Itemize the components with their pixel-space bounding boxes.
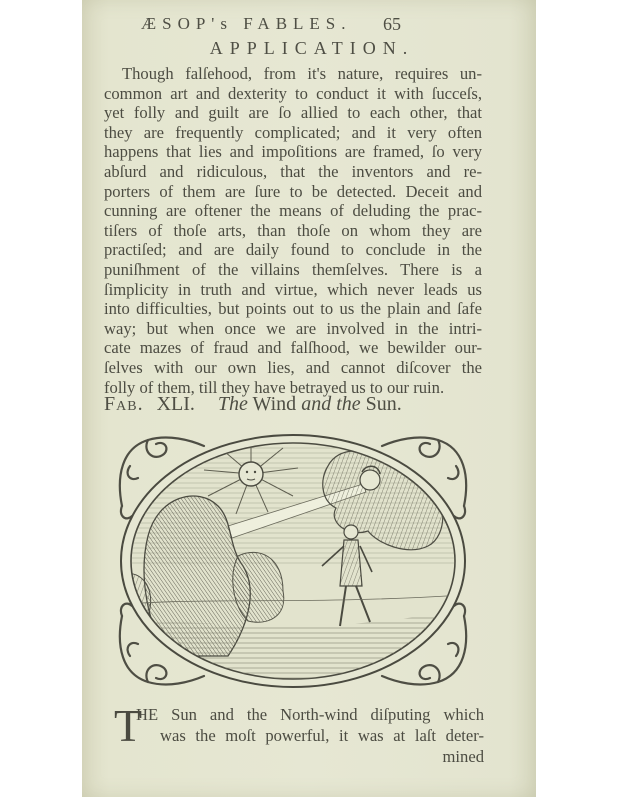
text-line: into difficulties, but points out to us … — [104, 299, 482, 319]
fable-title-sun: Sun. — [366, 393, 402, 415]
application-heading: APPLICATION. — [82, 38, 536, 59]
text-line: HE Sun and the North-wind diſputing whic… — [136, 704, 484, 725]
text-line: cunning are oftener the means of deludin… — [104, 201, 482, 221]
text-line: abſurd and ridiculous, that the inventor… — [104, 162, 482, 182]
book-page: ÆSOP's FABLES. 65 APPLICATION. Though fa… — [82, 0, 536, 797]
text-line: ſelves with our own lies, and cannot diſ… — [104, 358, 482, 378]
text-line: they are frequently complicated; and it … — [104, 123, 482, 143]
running-title: ÆSOP's FABLES. — [141, 14, 352, 34]
text-line: yet folly and guilt are ſo allied to eac… — [104, 103, 482, 123]
text-line: puniſhment of the villains themſelves. T… — [104, 260, 482, 280]
text-line: mined — [114, 746, 484, 767]
fable-title-and-the: and the — [301, 393, 360, 415]
text-line: porters of them are ſure to be detected.… — [104, 182, 482, 202]
text-line: cate mazes of fraud and falſhood, we bew… — [104, 338, 482, 358]
fable-title-wind: Wind — [253, 393, 297, 415]
fable-story: T HE Sun and the North-wind diſputing wh… — [114, 704, 484, 767]
text-line: happens that lies and impoſitions are fr… — [104, 142, 482, 162]
text-line: Though falſehood, from it's nature, requ… — [104, 64, 482, 84]
text-line: way; but when once we are involved in th… — [104, 319, 482, 339]
fable-heading: Fab. XLI. The Wind and the Sun. — [104, 393, 504, 416]
page-number: 65 — [383, 14, 401, 35]
drop-cap: T — [114, 706, 142, 746]
running-head: ÆSOP's FABLES. 65 — [82, 14, 536, 36]
fable-number: XLI. — [157, 393, 195, 415]
text-line: tiſers of thoſe arts, than thoſe on whom… — [104, 221, 482, 241]
fable-title-the: The — [218, 393, 248, 415]
woodcut-illustration — [108, 426, 478, 696]
text-line: common art and dexterity to conduct it w… — [104, 84, 482, 104]
wind-and-sun-woodcut-icon — [108, 426, 478, 696]
text-line: ſimplicity in truth and virtue, which ne… — [104, 280, 482, 300]
fable-label: Fab. — [104, 393, 144, 415]
text-line: was the moſt powerful, it was at laſt de… — [160, 725, 484, 746]
application-paragraph: Though falſehood, from it's nature, requ… — [104, 64, 482, 397]
text-line: practiſed; and are daily found to conclu… — [104, 240, 482, 260]
